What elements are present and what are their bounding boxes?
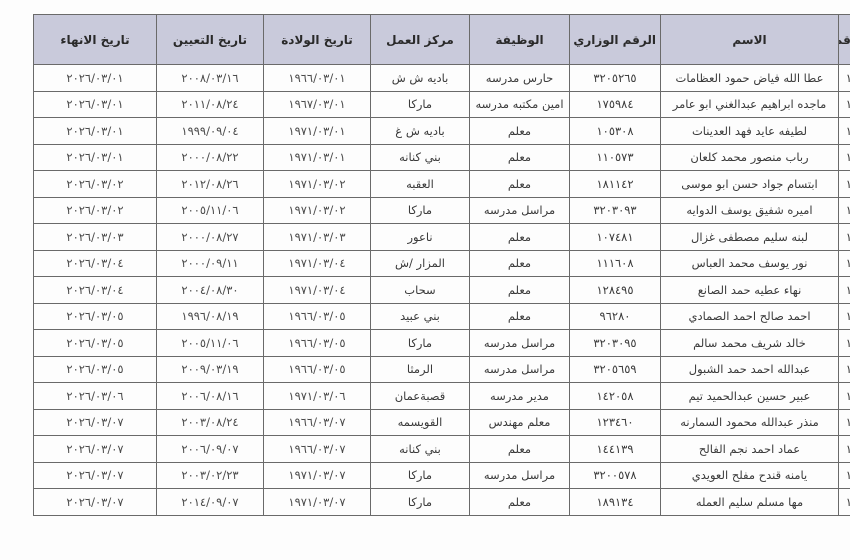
cell-birth-date: ١٩٧١/٠٣/٠٦ bbox=[264, 383, 371, 410]
cell-index: ١٦٣ bbox=[839, 303, 850, 330]
cell-end-date: ٢٠٢٦/٠٣/٠١ bbox=[34, 91, 157, 118]
header-name: الاسم bbox=[661, 15, 839, 65]
cell-name: خالد شريف محمد سالم bbox=[661, 330, 839, 357]
table-row: ١٥٧رباب منصور محمد كلعان١١٠٥٧٣معلمبني كن… bbox=[34, 144, 850, 171]
cell-end-date: ٢٠٢٦/٠٣/٠٧ bbox=[34, 462, 157, 489]
cell-workplace: قصبةعمان bbox=[371, 383, 470, 410]
cell-index: ١٥٧ bbox=[839, 144, 850, 171]
cell-birth-date: ١٩٧١/٠٣/٠٧ bbox=[264, 462, 371, 489]
cell-birth-date: ١٩٧١/٠٣/٠٤ bbox=[264, 250, 371, 277]
cell-name: عماد احمد نجم الفالح bbox=[661, 436, 839, 463]
cell-workplace: القويسمه bbox=[371, 409, 470, 436]
cell-workplace: ماركا bbox=[371, 197, 470, 224]
cell-end-date: ٢٠٢٦/٠٣/٠٥ bbox=[34, 356, 157, 383]
cell-index: ١٦٥ bbox=[839, 356, 850, 383]
table-body: ١٥٤عطا الله فياض حمود العظامات٣٢٠٥٢٦٥حار… bbox=[34, 65, 850, 516]
cell-name: عبير حسين عبدالحميد تيم bbox=[661, 383, 839, 410]
cell-birth-date: ١٩٧١/٠٣/٠٤ bbox=[264, 277, 371, 304]
cell-birth-date: ١٩٦٦/٠٣/٠١ bbox=[264, 65, 371, 92]
cell-end-date: ٢٠٢٦/٠٣/٠٣ bbox=[34, 224, 157, 251]
cell-name: ابتسام جواد حسن ابو موسى bbox=[661, 171, 839, 198]
header-index: الرقم bbox=[839, 15, 850, 65]
table-row: ١٦٨عماد احمد نجم الفالح١٤٤١٣٩معلمبني كنا… bbox=[34, 436, 850, 463]
cell-hire-date: ٢٠٠٤/٠٨/٣٠ bbox=[157, 277, 264, 304]
cell-name: نهاء عطيه حمد الصانع bbox=[661, 277, 839, 304]
cell-job: مراسل مدرسه bbox=[470, 462, 570, 489]
cell-birth-date: ١٩٧١/٠٣/٠٢ bbox=[264, 171, 371, 198]
table-row: ١٥٩اميره شفيق يوسف الدوايه٣٢٠٣٠٩٣مراسل م… bbox=[34, 197, 850, 224]
cell-index: ١٥٩ bbox=[839, 197, 850, 224]
cell-job: معلم bbox=[470, 489, 570, 516]
table-row: ١٦٢نهاء عطيه حمد الصانع١٢٨٤٩٥معلمسحاب١٩٧… bbox=[34, 277, 850, 304]
cell-birth-date: ١٩٦٦/٠٣/٠٥ bbox=[264, 356, 371, 383]
cell-job: معلم bbox=[470, 171, 570, 198]
cell-index: ١٥٥ bbox=[839, 91, 850, 118]
cell-job: مراسل مدرسه bbox=[470, 330, 570, 357]
cell-name: ماجده ابراهيم عبدالغني ابو عامر bbox=[661, 91, 839, 118]
cell-name: مها مسلم سليم العمله bbox=[661, 489, 839, 516]
cell-end-date: ٢٠٢٦/٠٣/٠٦ bbox=[34, 383, 157, 410]
cell-hire-date: ٢٠٠٣/٠٢/٢٣ bbox=[157, 462, 264, 489]
cell-hire-date: ٢٠٠٦/٠٩/٠٧ bbox=[157, 436, 264, 463]
cell-birth-date: ١٩٧١/٠٣/٠١ bbox=[264, 144, 371, 171]
cell-job: معلم bbox=[470, 303, 570, 330]
table-row: ١٧٠مها مسلم سليم العمله١٨٩١٣٤معلمماركا١٩… bbox=[34, 489, 850, 516]
cell-job: مدير مدرسه bbox=[470, 383, 570, 410]
cell-workplace: المزار /ش bbox=[371, 250, 470, 277]
cell-ministry-id: ٣٢٠٥٦٥٩ bbox=[570, 356, 661, 383]
cell-workplace: بني كنانه bbox=[371, 436, 470, 463]
cell-hire-date: ٢٠٠٠/٠٨/٢٧ bbox=[157, 224, 264, 251]
table-row: ١٦١نور يوسف محمد العباس١١١٦٠٨معلمالمزار … bbox=[34, 250, 850, 277]
cell-name: احمد صالح احمد الصمادي bbox=[661, 303, 839, 330]
cell-hire-date: ١٩٩٩/٠٩/٠٤ bbox=[157, 118, 264, 145]
cell-birth-date: ١٩٧١/٠٣/٠٣ bbox=[264, 224, 371, 251]
cell-name: رباب منصور محمد كلعان bbox=[661, 144, 839, 171]
cell-ministry-id: ١٨٩١٣٤ bbox=[570, 489, 661, 516]
cell-index: ١٥٤ bbox=[839, 65, 850, 92]
cell-ministry-id: ١٢٣٤٦٠ bbox=[570, 409, 661, 436]
cell-index: ١٥٨ bbox=[839, 171, 850, 198]
cell-job: مراسل مدرسه bbox=[470, 356, 570, 383]
header-job: الوظيفة bbox=[470, 15, 570, 65]
table-row: ١٦٤خالد شريف محمد سالم٣٢٠٣٠٩٥مراسل مدرسه… bbox=[34, 330, 850, 357]
cell-ministry-id: ١٤٤١٣٩ bbox=[570, 436, 661, 463]
table-row: ١٥٦لطيفه عايد فهد العدينات١٠٥٣٠٨معلمبادي… bbox=[34, 118, 850, 145]
cell-index: ١٦٠ bbox=[839, 224, 850, 251]
cell-end-date: ٢٠٢٦/٠٣/٠٥ bbox=[34, 303, 157, 330]
cell-ministry-id: ٣٢٠٥٢٦٥ bbox=[570, 65, 661, 92]
cell-ministry-id: ٣٢٠٣٠٩٣ bbox=[570, 197, 661, 224]
cell-birth-date: ١٩٧١/٠٣/٠٢ bbox=[264, 197, 371, 224]
table-row: ١٦٩يامنه قندح مفلح العويدي٣٢٠٠٥٧٨مراسل م… bbox=[34, 462, 850, 489]
cell-end-date: ٢٠٢٦/٠٣/٠١ bbox=[34, 65, 157, 92]
cell-hire-date: ٢٠٠٨/٠٣/١٦ bbox=[157, 65, 264, 92]
cell-birth-date: ١٩٧١/٠٣/٠٧ bbox=[264, 489, 371, 516]
cell-name: عطا الله فياض حمود العظامات bbox=[661, 65, 839, 92]
cell-hire-date: ٢٠٠٦/٠٨/١٦ bbox=[157, 383, 264, 410]
cell-birth-date: ١٩٦٦/٠٣/٠٧ bbox=[264, 409, 371, 436]
cell-workplace: بني كنانه bbox=[371, 144, 470, 171]
table-row: ١٦٧منذر عبدالله محمود السمارنه١٢٣٤٦٠معلم… bbox=[34, 409, 850, 436]
cell-workplace: ماركا bbox=[371, 462, 470, 489]
cell-ministry-id: ١٨١١٤٢ bbox=[570, 171, 661, 198]
header-ministry-id: الرقم الوزاري bbox=[570, 15, 661, 65]
cell-ministry-id: ١٠٧٤٨١ bbox=[570, 224, 661, 251]
cell-hire-date: ٢٠١٢/٠٨/٢٦ bbox=[157, 171, 264, 198]
cell-name: يامنه قندح مفلح العويدي bbox=[661, 462, 839, 489]
cell-index: ١٦٨ bbox=[839, 436, 850, 463]
cell-name: لبنه سليم مصطفى غزال bbox=[661, 224, 839, 251]
cell-hire-date: ٢٠١٤/٠٩/٠٧ bbox=[157, 489, 264, 516]
cell-workplace: العقبه bbox=[371, 171, 470, 198]
cell-job: حارس مدرسه bbox=[470, 65, 570, 92]
cell-index: ١٦٧ bbox=[839, 409, 850, 436]
cell-birth-date: ١٩٦٧/٠٣/٠١ bbox=[264, 91, 371, 118]
cell-index: ١٦١ bbox=[839, 250, 850, 277]
cell-index: ١٦٤ bbox=[839, 330, 850, 357]
cell-job: معلم bbox=[470, 118, 570, 145]
cell-job: معلم bbox=[470, 144, 570, 171]
header-birth-date: تاريخ الولادة bbox=[264, 15, 371, 65]
cell-ministry-id: ١٧٥٩٨٤ bbox=[570, 91, 661, 118]
cell-job: معلم مهندس bbox=[470, 409, 570, 436]
cell-workplace: سحاب bbox=[371, 277, 470, 304]
cell-index: ١٦٢ bbox=[839, 277, 850, 304]
table-row: ١٥٥ماجده ابراهيم عبدالغني ابو عامر١٧٥٩٨٤… bbox=[34, 91, 850, 118]
cell-workplace: بني عبيد bbox=[371, 303, 470, 330]
cell-end-date: ٢٠٢٦/٠٣/٠٧ bbox=[34, 489, 157, 516]
cell-end-date: ٢٠٢٦/٠٣/٠١ bbox=[34, 144, 157, 171]
document-page: الرقم الاسم الرقم الوزاري الوظيفة مركز ا… bbox=[0, 0, 850, 560]
cell-hire-date: ٢٠٠٥/١١/٠٦ bbox=[157, 197, 264, 224]
cell-hire-date: ١٩٩٦/٠٨/١٩ bbox=[157, 303, 264, 330]
cell-end-date: ٢٠٢٦/٠٣/٠٤ bbox=[34, 277, 157, 304]
cell-birth-date: ١٩٦٦/٠٣/٠٥ bbox=[264, 303, 371, 330]
cell-ministry-id: ١٢٨٤٩٥ bbox=[570, 277, 661, 304]
cell-hire-date: ٢٠١١/٠٨/٢٤ bbox=[157, 91, 264, 118]
table-row: ١٥٤عطا الله فياض حمود العظامات٣٢٠٥٢٦٥حار… bbox=[34, 65, 850, 92]
retirement-table: الرقم الاسم الرقم الوزاري الوظيفة مركز ا… bbox=[33, 14, 850, 516]
cell-ministry-id: ١٤٢٠٥٨ bbox=[570, 383, 661, 410]
cell-birth-date: ١٩٦٦/٠٣/٠٥ bbox=[264, 330, 371, 357]
cell-job: امين مكتبه مدرسه bbox=[470, 91, 570, 118]
cell-hire-date: ٢٠٠٥/١١/٠٦ bbox=[157, 330, 264, 357]
cell-index: ١٦٩ bbox=[839, 462, 850, 489]
cell-workplace: ماركا bbox=[371, 91, 470, 118]
table-row: ١٦٥عبدالله احمد حمد الشبول٣٢٠٥٦٥٩مراسل م… bbox=[34, 356, 850, 383]
cell-end-date: ٢٠٢٦/٠٣/٠٢ bbox=[34, 197, 157, 224]
cell-ministry-id: ٣٢٠٠٥٧٨ bbox=[570, 462, 661, 489]
cell-job: معلم bbox=[470, 277, 570, 304]
cell-ministry-id: ٣٢٠٣٠٩٥ bbox=[570, 330, 661, 357]
cell-hire-date: ٢٠٠٠/٠٨/٢٢ bbox=[157, 144, 264, 171]
header-hire-date: تاريخ التعيين bbox=[157, 15, 264, 65]
cell-birth-date: ١٩٦٦/٠٣/٠٧ bbox=[264, 436, 371, 463]
cell-ministry-id: ١٠٥٣٠٨ bbox=[570, 118, 661, 145]
cell-end-date: ٢٠٢٦/٠٣/٠٤ bbox=[34, 250, 157, 277]
table-row: ١٦٣احمد صالح احمد الصمادي٩٦٢٨٠معلمبني عب… bbox=[34, 303, 850, 330]
table-row: ١٥٨ابتسام جواد حسن ابو موسى١٨١١٤٢معلمالع… bbox=[34, 171, 850, 198]
cell-ministry-id: ٩٦٢٨٠ bbox=[570, 303, 661, 330]
table-row: ١٦٦عبير حسين عبدالحميد تيم١٤٢٠٥٨مدير مدر… bbox=[34, 383, 850, 410]
cell-end-date: ٢٠٢٦/٠٣/٠٧ bbox=[34, 409, 157, 436]
cell-birth-date: ١٩٧١/٠٣/٠١ bbox=[264, 118, 371, 145]
cell-hire-date: ٢٠٠٩/٠٣/١٩ bbox=[157, 356, 264, 383]
table-header: الرقم الاسم الرقم الوزاري الوظيفة مركز ا… bbox=[34, 15, 850, 65]
cell-name: نور يوسف محمد العباس bbox=[661, 250, 839, 277]
table-row: ١٦٠لبنه سليم مصطفى غزال١٠٧٤٨١معلمناعور١٩… bbox=[34, 224, 850, 251]
cell-name: منذر عبدالله محمود السمارنه bbox=[661, 409, 839, 436]
cell-workplace: باديه ش غ bbox=[371, 118, 470, 145]
cell-hire-date: ٢٠٠٠/٠٩/١١ bbox=[157, 250, 264, 277]
header-end-date: تاريخ الانهاء bbox=[34, 15, 157, 65]
cell-ministry-id: ١١٠٥٧٣ bbox=[570, 144, 661, 171]
cell-name: عبدالله احمد حمد الشبول bbox=[661, 356, 839, 383]
cell-ministry-id: ١١١٦٠٨ bbox=[570, 250, 661, 277]
cell-workplace: ماركا bbox=[371, 489, 470, 516]
cell-workplace: الرمثا bbox=[371, 356, 470, 383]
cell-job: معلم bbox=[470, 436, 570, 463]
cell-end-date: ٢٠٢٦/٠٣/٠٧ bbox=[34, 436, 157, 463]
cell-index: ١٧٠ bbox=[839, 489, 850, 516]
cell-workplace: ناعور bbox=[371, 224, 470, 251]
cell-end-date: ٢٠٢٦/٠٣/٠٢ bbox=[34, 171, 157, 198]
cell-job: معلم bbox=[470, 250, 570, 277]
cell-end-date: ٢٠٢٦/٠٣/٠٥ bbox=[34, 330, 157, 357]
cell-workplace: باديه ش ش bbox=[371, 65, 470, 92]
cell-name: لطيفه عايد فهد العدينات bbox=[661, 118, 839, 145]
cell-job: معلم bbox=[470, 224, 570, 251]
cell-index: ١٦٦ bbox=[839, 383, 850, 410]
cell-hire-date: ٢٠٠٣/٠٨/٢٤ bbox=[157, 409, 264, 436]
cell-job: مراسل مدرسه bbox=[470, 197, 570, 224]
cell-workplace: ماركا bbox=[371, 330, 470, 357]
header-workplace: مركز العمل bbox=[371, 15, 470, 65]
cell-name: اميره شفيق يوسف الدوايه bbox=[661, 197, 839, 224]
cell-index: ١٥٦ bbox=[839, 118, 850, 145]
cell-end-date: ٢٠٢٦/٠٣/٠١ bbox=[34, 118, 157, 145]
